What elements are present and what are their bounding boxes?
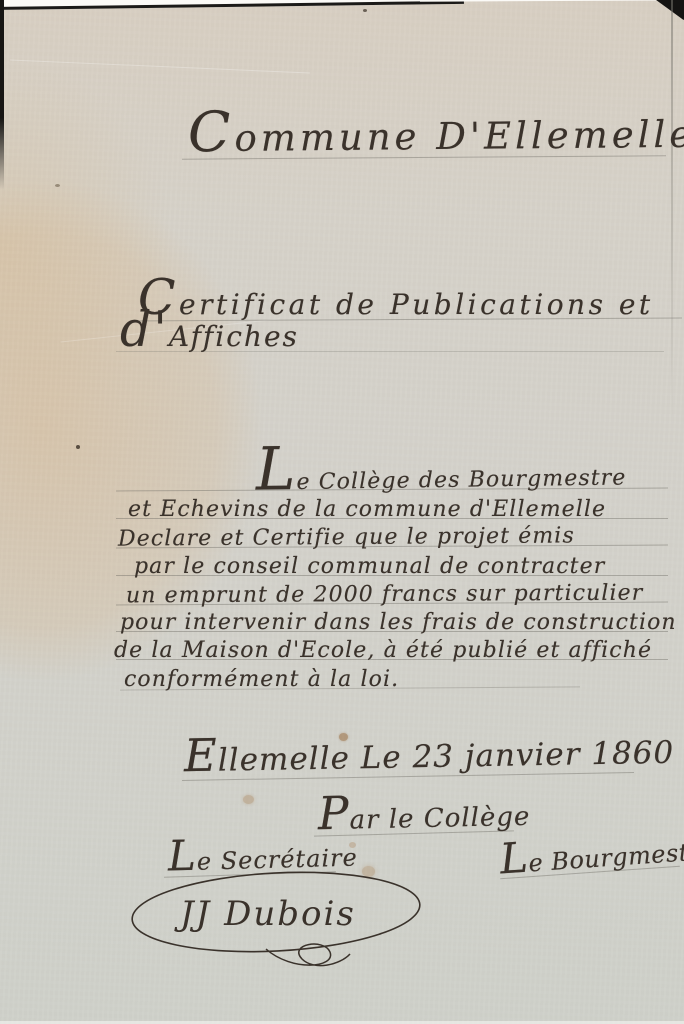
- left-scan-edge: [0, 0, 4, 190]
- heading-line-1: Certificat de Publications et: [138, 291, 654, 319]
- ink-speck: [55, 184, 60, 187]
- body-line-4: par le conseil communal de contracter: [134, 556, 605, 578]
- ink-spot: [243, 795, 254, 804]
- body-line-6: pour intervenir dans les frais de constr…: [120, 612, 677, 634]
- ink-speck: [76, 445, 80, 449]
- heading-line-2: d'Affiches: [120, 323, 299, 351]
- signature-name: JJ Dubois: [174, 894, 356, 934]
- document-title: Commune D'Ellemelle: [188, 116, 684, 157]
- college-line: Par le Collège: [318, 804, 531, 834]
- body-line-3: Declare et Certifie que le projet émis: [118, 525, 575, 550]
- top-right-corner-mark: [654, 0, 684, 20]
- body-line-1: Le Collège des Bourgmestre: [256, 465, 627, 494]
- paper-sheet: Commune D'Ellemelle Certificat de Public…: [0, 0, 684, 1024]
- body-line-2: et Echevins de la commune d'Ellemelle: [128, 499, 606, 521]
- ink-speck: [363, 9, 367, 12]
- body-line-7: de la Maison d'Ecole, à été publié et af…: [114, 640, 652, 662]
- top-scan-edge-right: [420, 0, 684, 2]
- signature-loop: [266, 944, 350, 966]
- top-scan-edge-line: [0, 0, 464, 10]
- body-line-8: conformément à la loi.: [124, 669, 399, 691]
- right-paper-edge-shadow: [671, 0, 673, 420]
- paper-crease: [10, 59, 310, 73]
- signature-flourish: JJ Dubois: [124, 864, 428, 974]
- dateline: Ellemelle Le 23 janvier 1860: [184, 738, 675, 778]
- burgomaster-label: Le Bourgmestre: [499, 839, 684, 878]
- body-line-5: un emprunt de 2000 francs sur particulie…: [126, 583, 643, 608]
